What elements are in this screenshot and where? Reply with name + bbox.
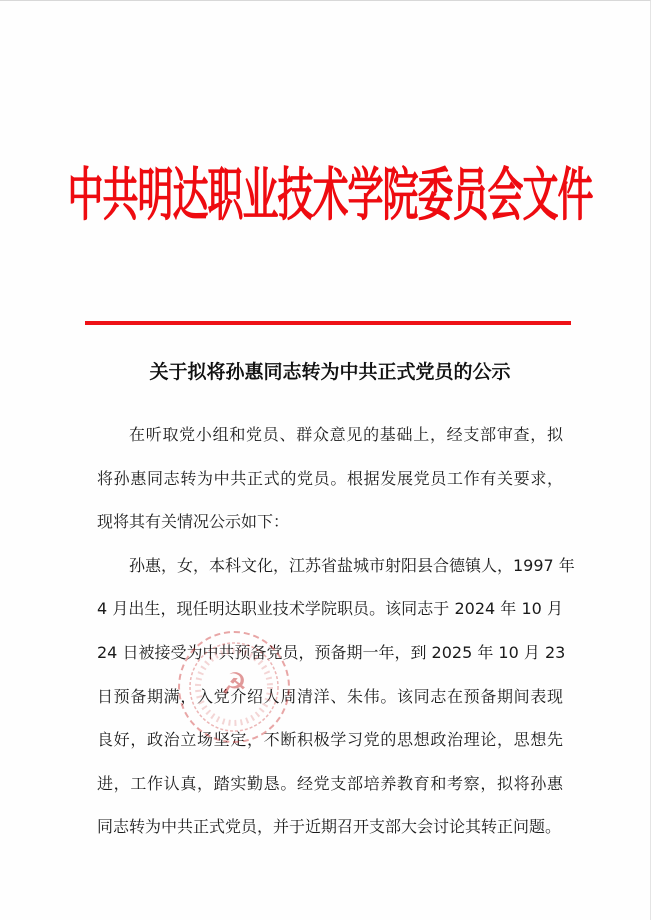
paragraph-line: 在听取党小组和党员、群众意见的基础上，经支部审查，拟 — [97, 413, 563, 457]
document-page: 中共明达职业技术学院委员会文件 关于拟将孙惠同志转为中共正式党员的公示 在听取党… — [0, 0, 651, 920]
paragraph-line: 将孙惠同志转为中共正式的党员。根据发展党员工作有关要求， — [97, 457, 563, 501]
paragraph-line: 良好，政治立场坚定，不断积极学习党的思想政治理论，思想先 — [97, 718, 563, 762]
red-divider-line — [85, 321, 571, 325]
paragraph-line: 进，工作认真，踏实勤恳。经党支部培养教育和考察，拟将孙惠 — [97, 762, 563, 806]
red-header-title: 中共明达职业技术学院委员会文件 — [97, 151, 563, 231]
paragraph-line: 现将其有关情况公示如下： — [97, 500, 563, 544]
paragraph-1: 在听取党小组和党员、群众意见的基础上，经支部审查，拟 将孙惠同志转为中共正式的党… — [97, 413, 563, 544]
paragraph-2: 孙惠，女，本科文化，江苏省盐城市射阳县合德镇人，1997 年 4 月出生，现任明… — [97, 544, 563, 849]
paragraph-line: 同志转为中共正式党员，并于近期召开支部大会讨论其转正问题。 — [97, 805, 563, 849]
notice-title: 关于拟将孙惠同志转为中共正式党员的公示 — [80, 357, 580, 384]
paragraph-line: 孙惠，女，本科文化，江苏省盐城市射阳县合德镇人，1997 年 — [97, 544, 563, 588]
header-title-text: 中共明达职业技术学院委员会文件 — [68, 150, 593, 232]
paragraph-line: 24 日被接受为中共预备党员，预备期一年，到 2025 年 10 月 23 — [97, 631, 563, 675]
notice-body: 在听取党小组和党员、群众意见的基础上，经支部审查，拟 将孙惠同志转为中共正式的党… — [97, 413, 563, 849]
paragraph-line: 日预备期满，入党介绍人周清洋、朱伟。该同志在预备期间表现 — [97, 675, 563, 719]
paragraph-line: 4 月出生，现任明达职业技术学院职员。该同志于 2024 年 10 月 — [97, 587, 563, 631]
